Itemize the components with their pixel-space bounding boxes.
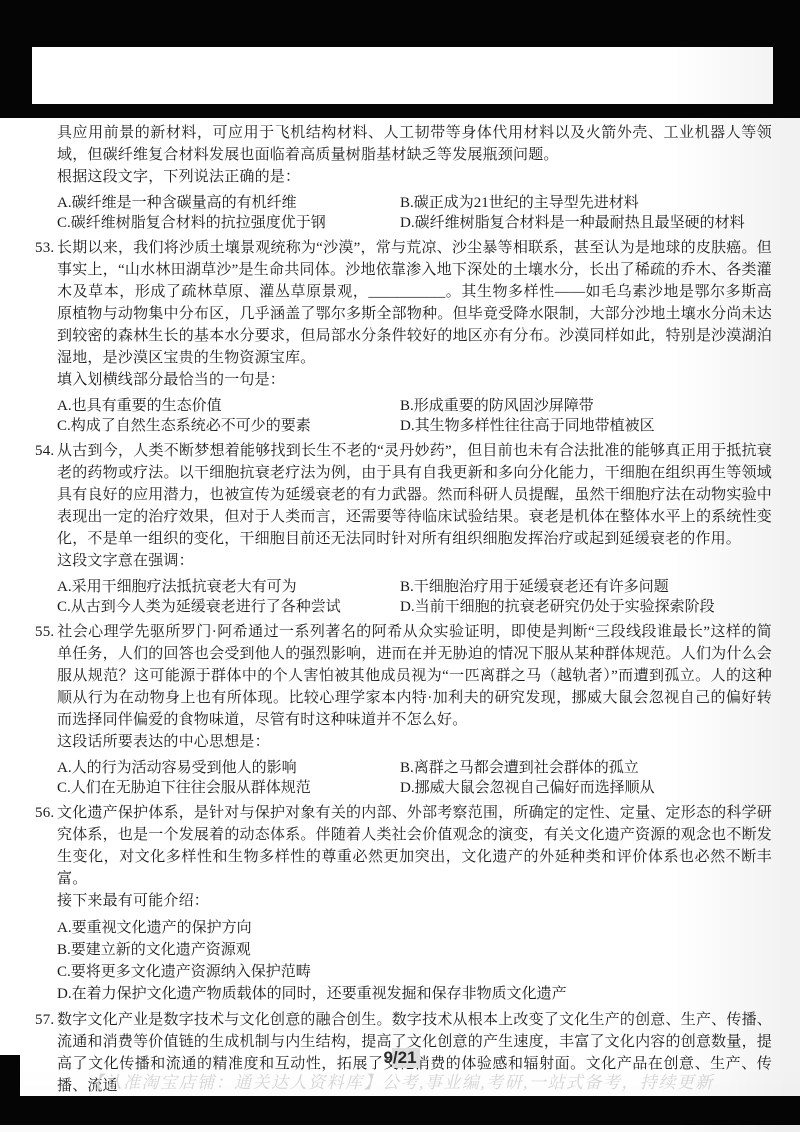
question-text: 从古到今，人类不断梦想着能够找到长生不老的“灵丹妙药”，但目前也未有合法批准的能… bbox=[57, 443, 772, 547]
question-prompt: 接下来最有可能介绍： bbox=[57, 890, 772, 912]
option-c: C.要将更多文化遗产资源纳入保护范畴 bbox=[57, 961, 772, 983]
option-c: C.人们在无胁迫下往往会服从群体规范 bbox=[57, 778, 400, 798]
options-group: A.采用干细胞疗法抵抗衰老大有可为 B.干细胞治疗用于延缓衰老还有许多问题 C.… bbox=[57, 577, 772, 617]
question-number: 57. bbox=[35, 1009, 57, 1031]
watermark-text: 【认准淘宝店铺：通关达人资料库】公考,事业编,考研,一站式备考，持续更新 bbox=[0, 1068, 800, 1093]
option-b: B.干细胞治疗用于延缓衰老还有许多问题 bbox=[400, 577, 772, 597]
question-number: 54. bbox=[35, 440, 57, 462]
question-text: 长期以来，我们将沙质土壤景观统称为“沙漠”，常与荒凉、沙尘暴等相联系，甚至认为是… bbox=[57, 240, 772, 366]
question-body: 54.从古到今，人类不断梦想着能够找到长生不老的“灵丹妙药”，但目前也未有合法批… bbox=[35, 440, 772, 550]
question-number: 53. bbox=[35, 237, 57, 259]
top-redacted-box bbox=[32, 47, 773, 104]
question-number: 55. bbox=[35, 621, 57, 643]
option-d: D.碳纤维树脂复合材料是一种最耐热且最坚硬的材料 bbox=[400, 213, 772, 233]
option-a: A.要重视文化遗产的保护方向 bbox=[57, 917, 772, 939]
question-text: 社会心理学先驱所罗门·阿希通过一系列著名的阿希从众实验证明，即使是判断“三段线段… bbox=[57, 624, 772, 728]
question-52-continued: 具应用前景的新材料，可应用于飞机结构材料、人工韧带等身体代用材料以及火箭外壳、工… bbox=[35, 122, 772, 233]
option-a: A.人的行为活动容易受到他人的影响 bbox=[57, 758, 400, 778]
option-c: C.构成了自然生态系统必不可少的要素 bbox=[57, 416, 400, 436]
question-number: 56. bbox=[35, 802, 57, 824]
options-group: A.碳纤维是一种含碳量高的有机纤维 B.碳正成为21世纪的主导型先进材料 C.碳… bbox=[57, 193, 772, 233]
bottom-left-scan-mark bbox=[0, 1055, 20, 1097]
option-a: A.也具有重要的生态价值 bbox=[57, 396, 400, 416]
options-group: A.要重视文化遗产的保护方向 B.要建立新的文化遗产资源观 C.要将更多文化遗产… bbox=[57, 917, 772, 1005]
option-d: D.在着力保护文化遗产物质载体的同时，还要重视发掘和保存非物质文化遗产 bbox=[57, 983, 772, 1005]
question-prompt: 这段文字意在强调： bbox=[57, 550, 772, 572]
question-53: 53.长期以来，我们将沙质土壤景观统称为“沙漠”，常与荒凉、沙尘暴等相联系，甚至… bbox=[35, 237, 772, 436]
exam-page-content: 具应用前景的新材料，可应用于飞机结构材料、人工韧带等身体代用材料以及火箭外壳、工… bbox=[35, 122, 772, 1097]
options-group: A.也具有重要的生态价值 B.形成重要的防风固沙屏障带 C.构成了自然生态系统必… bbox=[57, 396, 772, 436]
option-d: D.当前干细胞的抗衰老研究仍处于实验探索阶段 bbox=[400, 597, 772, 617]
question-body: 具应用前景的新材料，可应用于飞机结构材料、人工韧带等身体代用材料以及火箭外壳、工… bbox=[35, 122, 772, 166]
option-b: B.碳正成为21世纪的主导型先进材料 bbox=[400, 193, 772, 213]
top-scan-band bbox=[0, 0, 800, 118]
question-body: 53.长期以来，我们将沙质土壤景观统称为“沙漠”，常与荒凉、沙尘暴等相联系，甚至… bbox=[35, 237, 772, 369]
option-b: B.形成重要的防风固沙屏障带 bbox=[400, 396, 772, 416]
question-body: 55.社会心理学先驱所罗门·阿希通过一系列著名的阿希从众实验证明，即使是判断“三… bbox=[35, 621, 772, 731]
option-a: A.采用干细胞疗法抵抗衰老大有可为 bbox=[57, 577, 400, 597]
question-55: 55.社会心理学先驱所罗门·阿希通过一系列著名的阿希从众实验证明，即使是判断“三… bbox=[35, 621, 772, 798]
question-54: 54.从古到今，人类不断梦想着能够找到长生不老的“灵丹妙药”，但目前也未有合法批… bbox=[35, 440, 772, 617]
question-text: 文化遗产保护体系，是针对与保护对象有关的内部、外部考察范围，所确定的定性、定量、… bbox=[57, 805, 772, 887]
question-prompt: 这段话所要表达的中心思想是： bbox=[57, 731, 772, 753]
question-body: 56.文化遗产保护体系，是针对与保护对象有关的内部、外部考察范围，所确定的定性、… bbox=[35, 802, 772, 890]
options-group: A.人的行为活动容易受到他人的影响 B.离群之马都会遭到社会群体的孤立 C.人们… bbox=[57, 758, 772, 798]
option-c: C.从古到今人类为延缓衰老进行了各种尝试 bbox=[57, 597, 400, 617]
page-number: 9/21 bbox=[0, 1048, 800, 1068]
option-c: C.碳纤维树脂复合材料的抗拉强度优于钢 bbox=[57, 213, 400, 233]
bottom-scan-band bbox=[0, 1096, 800, 1125]
option-b: B.要建立新的文化遗产资源观 bbox=[57, 939, 772, 961]
question-prompt: 填入划横线部分最恰当的一句是： bbox=[57, 369, 772, 391]
option-d: D.挪威大鼠会忽视自己偏好而选择顺从 bbox=[400, 778, 772, 798]
option-a: A.碳纤维是一种含碳量高的有机纤维 bbox=[57, 193, 400, 213]
question-56: 56.文化遗产保护体系，是针对与保护对象有关的内部、外部考察范围，所确定的定性、… bbox=[35, 802, 772, 1005]
option-d: D.其生物多样性往往高于同地带植被区 bbox=[400, 416, 772, 436]
option-b: B.离群之马都会遭到社会群体的孤立 bbox=[400, 758, 772, 778]
question-prompt: 根据这段文字，下列说法正确的是： bbox=[57, 166, 772, 188]
